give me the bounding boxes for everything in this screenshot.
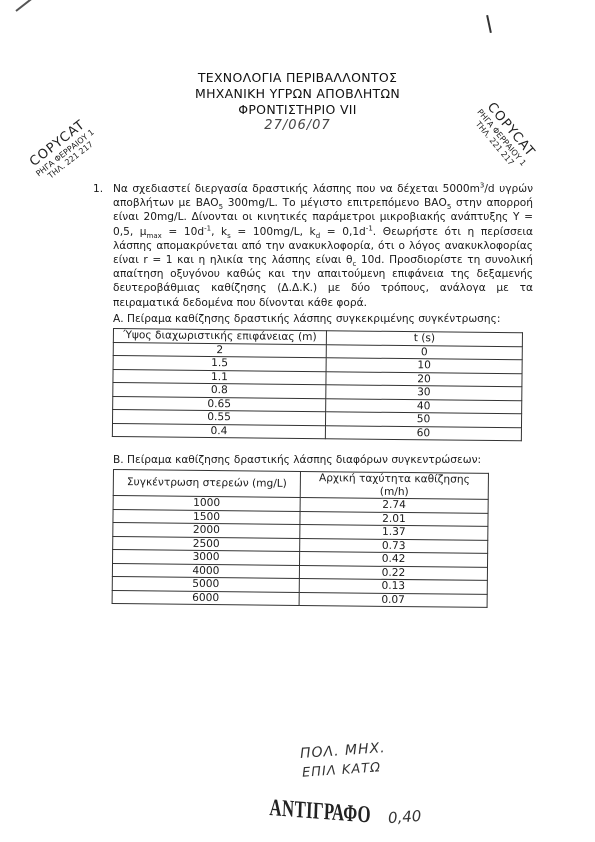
question-number: 1. [93, 182, 103, 196]
column-header: Συγκέντρωση στερεών (mg/L) [113, 470, 300, 498]
settling-test-table-b: Συγκέντρωση στερεών (mg/L) Αρχική ταχύτη… [112, 469, 489, 608]
pen-mark [15, 0, 34, 12]
handwritten-note: ΠΟΛ. ΜΗΧ. [300, 740, 387, 762]
document-page: ΤΕΧΝΟΛΟΓΙΑ ΠΕΡΙΒΑΛΛΟΝΤΟΣ ΜΗΧΑΝΙΚΗ ΥΓΡΩΝ … [0, 0, 595, 842]
table-cell: 60 [325, 425, 521, 441]
course-subtitle: ΜΗΧΑΝΙΚΗ ΥΓΡΩΝ ΑΠΟΒΛΗΤΩΝ [0, 86, 595, 102]
handwritten-note: ΕΠΙΛ ΚΑΤΩ [302, 760, 382, 780]
section-b-label: Β. Πείραμα καθίζησης δραστικής λάσπης δι… [113, 453, 533, 467]
table-cell: 0.4 [112, 423, 325, 439]
course-title: ΤΕΧΝΟΛΟΓΙΑ ΠΕΡΙΒΑΛΛΟΝΤΟΣ [0, 70, 595, 86]
copy-stamp: ΑΝΤΙΓΡΑΦΟ [269, 795, 371, 830]
table-cell: 0.07 [299, 592, 487, 607]
section-a-label: Α. Πείραμα καθίζησης δραστικής λάσπης συ… [113, 312, 533, 326]
column-header: Αρχική ταχύτητα καθίζησης (m/h) [300, 472, 488, 500]
handwritten-price: 0,40 [387, 807, 422, 827]
settling-test-table-a: Ύψος διαχωριστικής επιφάνειας (m) t (s) … [112, 328, 523, 441]
table-cell: 6000 [112, 590, 299, 605]
question-content: 1. Να σχεδιαστεί διεργασία δραστικής λάσ… [113, 182, 533, 604]
pen-mark [486, 15, 492, 33]
table-row: 60000.07 [112, 590, 487, 607]
question-text: Να σχεδιαστεί διεργασία δραστικής λάσπης… [113, 182, 533, 310]
